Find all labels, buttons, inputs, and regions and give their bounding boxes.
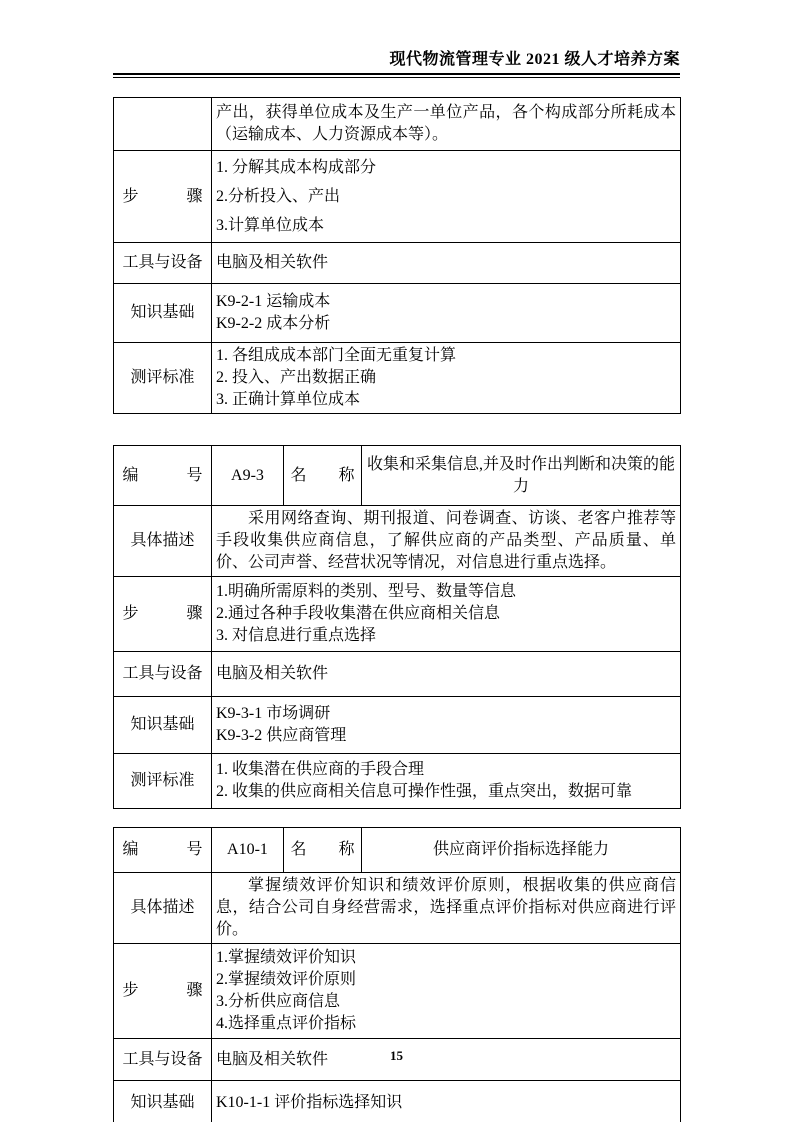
knowledge-cell: K10-1-1 评价指标选择知识 (212, 1081, 681, 1122)
table-row: 编 号 A9-3 名 称 收集和采集信息,并及时作出判断和决策的能力 (114, 446, 681, 506)
name-value: 供应商评价指标选择能力 (362, 828, 681, 873)
table-row: 工具与设备 电脑及相关软件 (114, 243, 681, 284)
tools-cell: 电脑及相关软件 (212, 243, 681, 284)
table-row: 具体描述 采用网络查询、期刊报道、问卷调查、访谈、老客户推荐等手段收集供应商信息… (114, 506, 681, 577)
description-cell: 掌握绩效评价知识和绩效评价原则，根据收集的供应商信息，结合公司自身经营需求，选择… (212, 873, 681, 944)
step-line: 3. 对信息进行重点选择 (216, 625, 676, 647)
steps-cell: 1. 分解其成本构成部分 2.分析投入、产出 3.计算单位成本 (212, 151, 681, 243)
steps-label: 步 骤 (114, 577, 212, 652)
table-row: 知识基础 K9-2-1 运输成本 K9-2-2 成本分析 (114, 284, 681, 343)
knowledge-line: K10-1-1 评价指标选择知识 (216, 1092, 676, 1114)
name-label: 名 称 (284, 446, 362, 506)
competency-table-a10-1: 编 号 A10-1 名 称 供应商评价指标选择能力 具体描述 掌握绩效评价知识和… (113, 827, 681, 1122)
criteria-line: 3. 正确计算单位成本 (216, 389, 676, 411)
steps-label: 步 骤 (114, 151, 212, 243)
step-line: 2.分析投入、产出 (216, 182, 676, 211)
step-line: 1.掌握绩效评价知识 (216, 947, 676, 969)
description-text: 掌握绩效评价知识和绩效评价原则，根据收集的供应商信息，结合公司自身经营需求，选择… (216, 875, 676, 941)
description-label: 具体描述 (114, 873, 212, 944)
table-row: 产出，获得单位成本及生产一单位产品，各个构成部分所耗成本（运输成本、人力资源成本… (114, 98, 681, 151)
competency-table-a9-3: 编 号 A9-3 名 称 收集和采集信息,并及时作出判断和决策的能力 具体描述 … (113, 445, 681, 809)
table-row: 编 号 A10-1 名 称 供应商评价指标选择能力 (114, 828, 681, 873)
table-row: 工具与设备 电脑及相关软件 (114, 652, 681, 697)
name-label: 名 称 (284, 828, 362, 873)
description-text: 采用网络查询、期刊报道、问卷调查、访谈、老客户推荐等手段收集供应商信息，了解供应… (216, 508, 676, 574)
step-line: 1. 分解其成本构成部分 (216, 153, 676, 182)
step-line: 2.掌握绩效评价原则 (216, 969, 676, 991)
table-row: 知识基础 K10-1-1 评价指标选择知识 (114, 1081, 681, 1122)
number-label: 编 号 (114, 446, 212, 506)
step-line: 3.计算单位成本 (216, 211, 676, 240)
criteria-line: 1. 各组成成本部门全面无重复计算 (216, 345, 676, 367)
criteria-label: 测评标准 (114, 754, 212, 809)
knowledge-label: 知识基础 (114, 1081, 212, 1122)
step-line: 1.明确所需原料的类别、型号、数量等信息 (216, 581, 676, 603)
page-content: 现代物流管理专业 2021 级人才培养方案 产出，获得单位成本及生产一单位产品，… (113, 0, 680, 1122)
steps-cell: 1.明确所需原料的类别、型号、数量等信息 2.通过各种手段收集潜在供应商相关信息… (212, 577, 681, 652)
description-label: 具体描述 (114, 506, 212, 577)
table-row: 测评标准 1. 各组成成本部门全面无重复计算 2. 投入、产出数据正确 3. 正… (114, 343, 681, 414)
table-row: 步 骤 1.明确所需原料的类别、型号、数量等信息 2.通过各种手段收集潜在供应商… (114, 577, 681, 652)
knowledge-line: K9-2-1 运输成本 (216, 291, 676, 313)
step-line: 4.选择重点评价指标 (216, 1013, 676, 1035)
knowledge-cell: K9-3-1 市场调研 K9-3-2 供应商管理 (212, 697, 681, 754)
tools-label: 工具与设备 (114, 243, 212, 284)
knowledge-label: 知识基础 (114, 697, 212, 754)
criteria-label: 测评标准 (114, 343, 212, 414)
tools-label: 工具与设备 (114, 652, 212, 697)
page-header-title: 现代物流管理专业 2021 级人才培养方案 (113, 50, 680, 70)
name-value: 收集和采集信息,并及时作出判断和决策的能力 (362, 446, 681, 506)
step-line: 2.通过各种手段收集潜在供应商相关信息 (216, 603, 676, 625)
row-label-empty (114, 98, 212, 151)
number-value: A9-3 (212, 446, 284, 506)
criteria-line: 2. 投入、产出数据正确 (216, 367, 676, 389)
tools-cell: 电脑及相关软件 (212, 652, 681, 697)
table-row: 测评标准 1. 收集潜在供应商的手段合理 2. 收集的供应商相关信息可操作性强，… (114, 754, 681, 809)
header-double-rule (113, 73, 680, 78)
knowledge-line: K9-2-2 成本分析 (216, 313, 676, 335)
steps-label: 步 骤 (114, 944, 212, 1039)
steps-cell: 1.掌握绩效评价知识 2.掌握绩效评价原则 3.分析供应商信息 4.选择重点评价… (212, 944, 681, 1039)
continued-description-cell: 产出，获得单位成本及生产一单位产品，各个构成部分所耗成本（运输成本、人力资源成本… (212, 98, 681, 151)
table-row: 具体描述 掌握绩效评价知识和绩效评价原则，根据收集的供应商信息，结合公司自身经营… (114, 873, 681, 944)
knowledge-line: K9-3-2 供应商管理 (216, 725, 676, 747)
criteria-line: 2. 收集的供应商相关信息可操作性强，重点突出，数据可靠 (216, 781, 676, 803)
criteria-cell: 1. 各组成成本部门全面无重复计算 2. 投入、产出数据正确 3. 正确计算单位… (212, 343, 681, 414)
step-line: 3.分析供应商信息 (216, 991, 676, 1013)
knowledge-line: K9-3-1 市场调研 (216, 703, 676, 725)
table-row: 步 骤 1.掌握绩效评价知识 2.掌握绩效评价原则 3.分析供应商信息 4.选择… (114, 944, 681, 1039)
criteria-cell: 1. 收集潜在供应商的手段合理 2. 收集的供应商相关信息可操作性强，重点突出，… (212, 754, 681, 809)
page-number: 15 (0, 1048, 793, 1064)
continued-description-text: 产出，获得单位成本及生产一单位产品，各个构成部分所耗成本（运输成本、人力资源成本… (216, 102, 676, 146)
table-row: 知识基础 K9-3-1 市场调研 K9-3-2 供应商管理 (114, 697, 681, 754)
knowledge-cell: K9-2-1 运输成本 K9-2-2 成本分析 (212, 284, 681, 343)
description-cell: 采用网络查询、期刊报道、问卷调查、访谈、老客户推荐等手段收集供应商信息，了解供应… (212, 506, 681, 577)
document-page: 现代物流管理专业 2021 级人才培养方案 产出，获得单位成本及生产一单位产品，… (0, 0, 793, 1122)
competency-table-continued: 产出，获得单位成本及生产一单位产品，各个构成部分所耗成本（运输成本、人力资源成本… (113, 97, 681, 414)
knowledge-label: 知识基础 (114, 284, 212, 343)
criteria-line: 1. 收集潜在供应商的手段合理 (216, 759, 676, 781)
number-label: 编 号 (114, 828, 212, 873)
number-value: A10-1 (212, 828, 284, 873)
table-row: 步 骤 1. 分解其成本构成部分 2.分析投入、产出 3.计算单位成本 (114, 151, 681, 243)
